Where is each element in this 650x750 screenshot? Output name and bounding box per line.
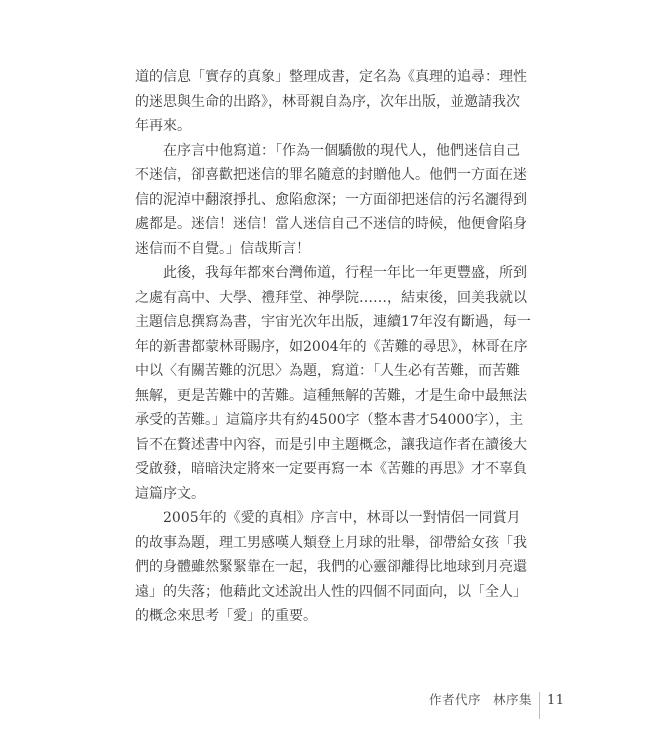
- text-line: 受啟發，暗暗決定將來一定要再寫一本《苦難的再思》才不辜負: [135, 457, 535, 482]
- body-text: 道的信息「實存的真象」整理成書，定名為《真理的追尋：理性的迷思與生命的出路》，林…: [135, 65, 535, 629]
- text-line: 的故事為題，理工男感嘆人類登上月球的壯舉，卻帶給女孩「我: [135, 531, 535, 556]
- text-line: 道的信息「實存的真象」整理成書，定名為《真理的追尋：理性: [135, 65, 535, 90]
- text-line: 這篇序文。: [135, 482, 535, 507]
- text-line: 2005年的《愛的真相》序言中，林哥以一對情侶一同賞月: [135, 506, 535, 531]
- text-line: 中以〈有關苦難的沉思〉為題，寫道：「人生必有苦難，而苦難: [135, 359, 535, 384]
- text-line: 承受的苦難。」這篇序共有約4500字（整本書才54000字），主: [135, 408, 535, 433]
- page-number: 11: [547, 693, 565, 708]
- text-line: 信的泥淖中翻滾掙扎、愈陷愈深；一方面卻把迷信的污名灑得到: [135, 188, 535, 213]
- text-line: 遠」的失落；他藉此文述說出人性的四個不同面向，以「全人」: [135, 580, 535, 605]
- footer-chapter-label: 作者代序: [429, 693, 481, 707]
- text-line: 旨不在贅述書中內容，而是引申主題概念，讓我這作者在讀後大: [135, 433, 535, 458]
- text-line: 不迷信，卻喜歡把迷信的罪名隨意的封贈他人。他們一方面在迷: [135, 163, 535, 188]
- text-line: 處都是。迷信！迷信！當人迷信自己不迷信的時候，他便會陷身: [135, 212, 535, 237]
- text-line: 迷信而不自覺。」信哉斯言！: [135, 237, 535, 262]
- text-line: 的概念來思考「愛」的重要。: [135, 604, 535, 629]
- text-line: 此後，我每年都來台灣佈道，行程一年比一年更豐盛，所到: [135, 261, 535, 286]
- text-line: 主題信息撰寫為書，宇宙光次年出版，連續17年沒有斷過，每一: [135, 310, 535, 335]
- text-line: 無解，更是苦難中的苦難。這種無解的苦難，才是生命中最無法: [135, 384, 535, 409]
- text-line: 之處有高中、大學、禮拜堂、神學院……，結束後，回美我就以: [135, 286, 535, 311]
- footer-book-label: 林序集: [493, 693, 532, 707]
- footer-divider: [539, 692, 540, 719]
- page-footer: 作者代序 林序集 11: [429, 693, 565, 719]
- text-line: 在序言中他寫道：「作為一個驕傲的現代人，他們迷信自己: [135, 139, 535, 164]
- book-page: 道的信息「實存的真象」整理成書，定名為《真理的追尋：理性的迷思與生命的出路》，林…: [0, 0, 650, 750]
- text-line: 們的身體雖然緊緊靠在一起，我們的心靈卻離得比地球到月亮還: [135, 555, 535, 580]
- text-line: 的迷思與生命的出路》，林哥親自為序，次年出版，並邀請我次: [135, 90, 535, 115]
- text-line: 年的新書都蒙林哥賜序，如2004年的《苦難的尋思》，林哥在序: [135, 335, 535, 360]
- text-line: 年再來。: [135, 114, 535, 139]
